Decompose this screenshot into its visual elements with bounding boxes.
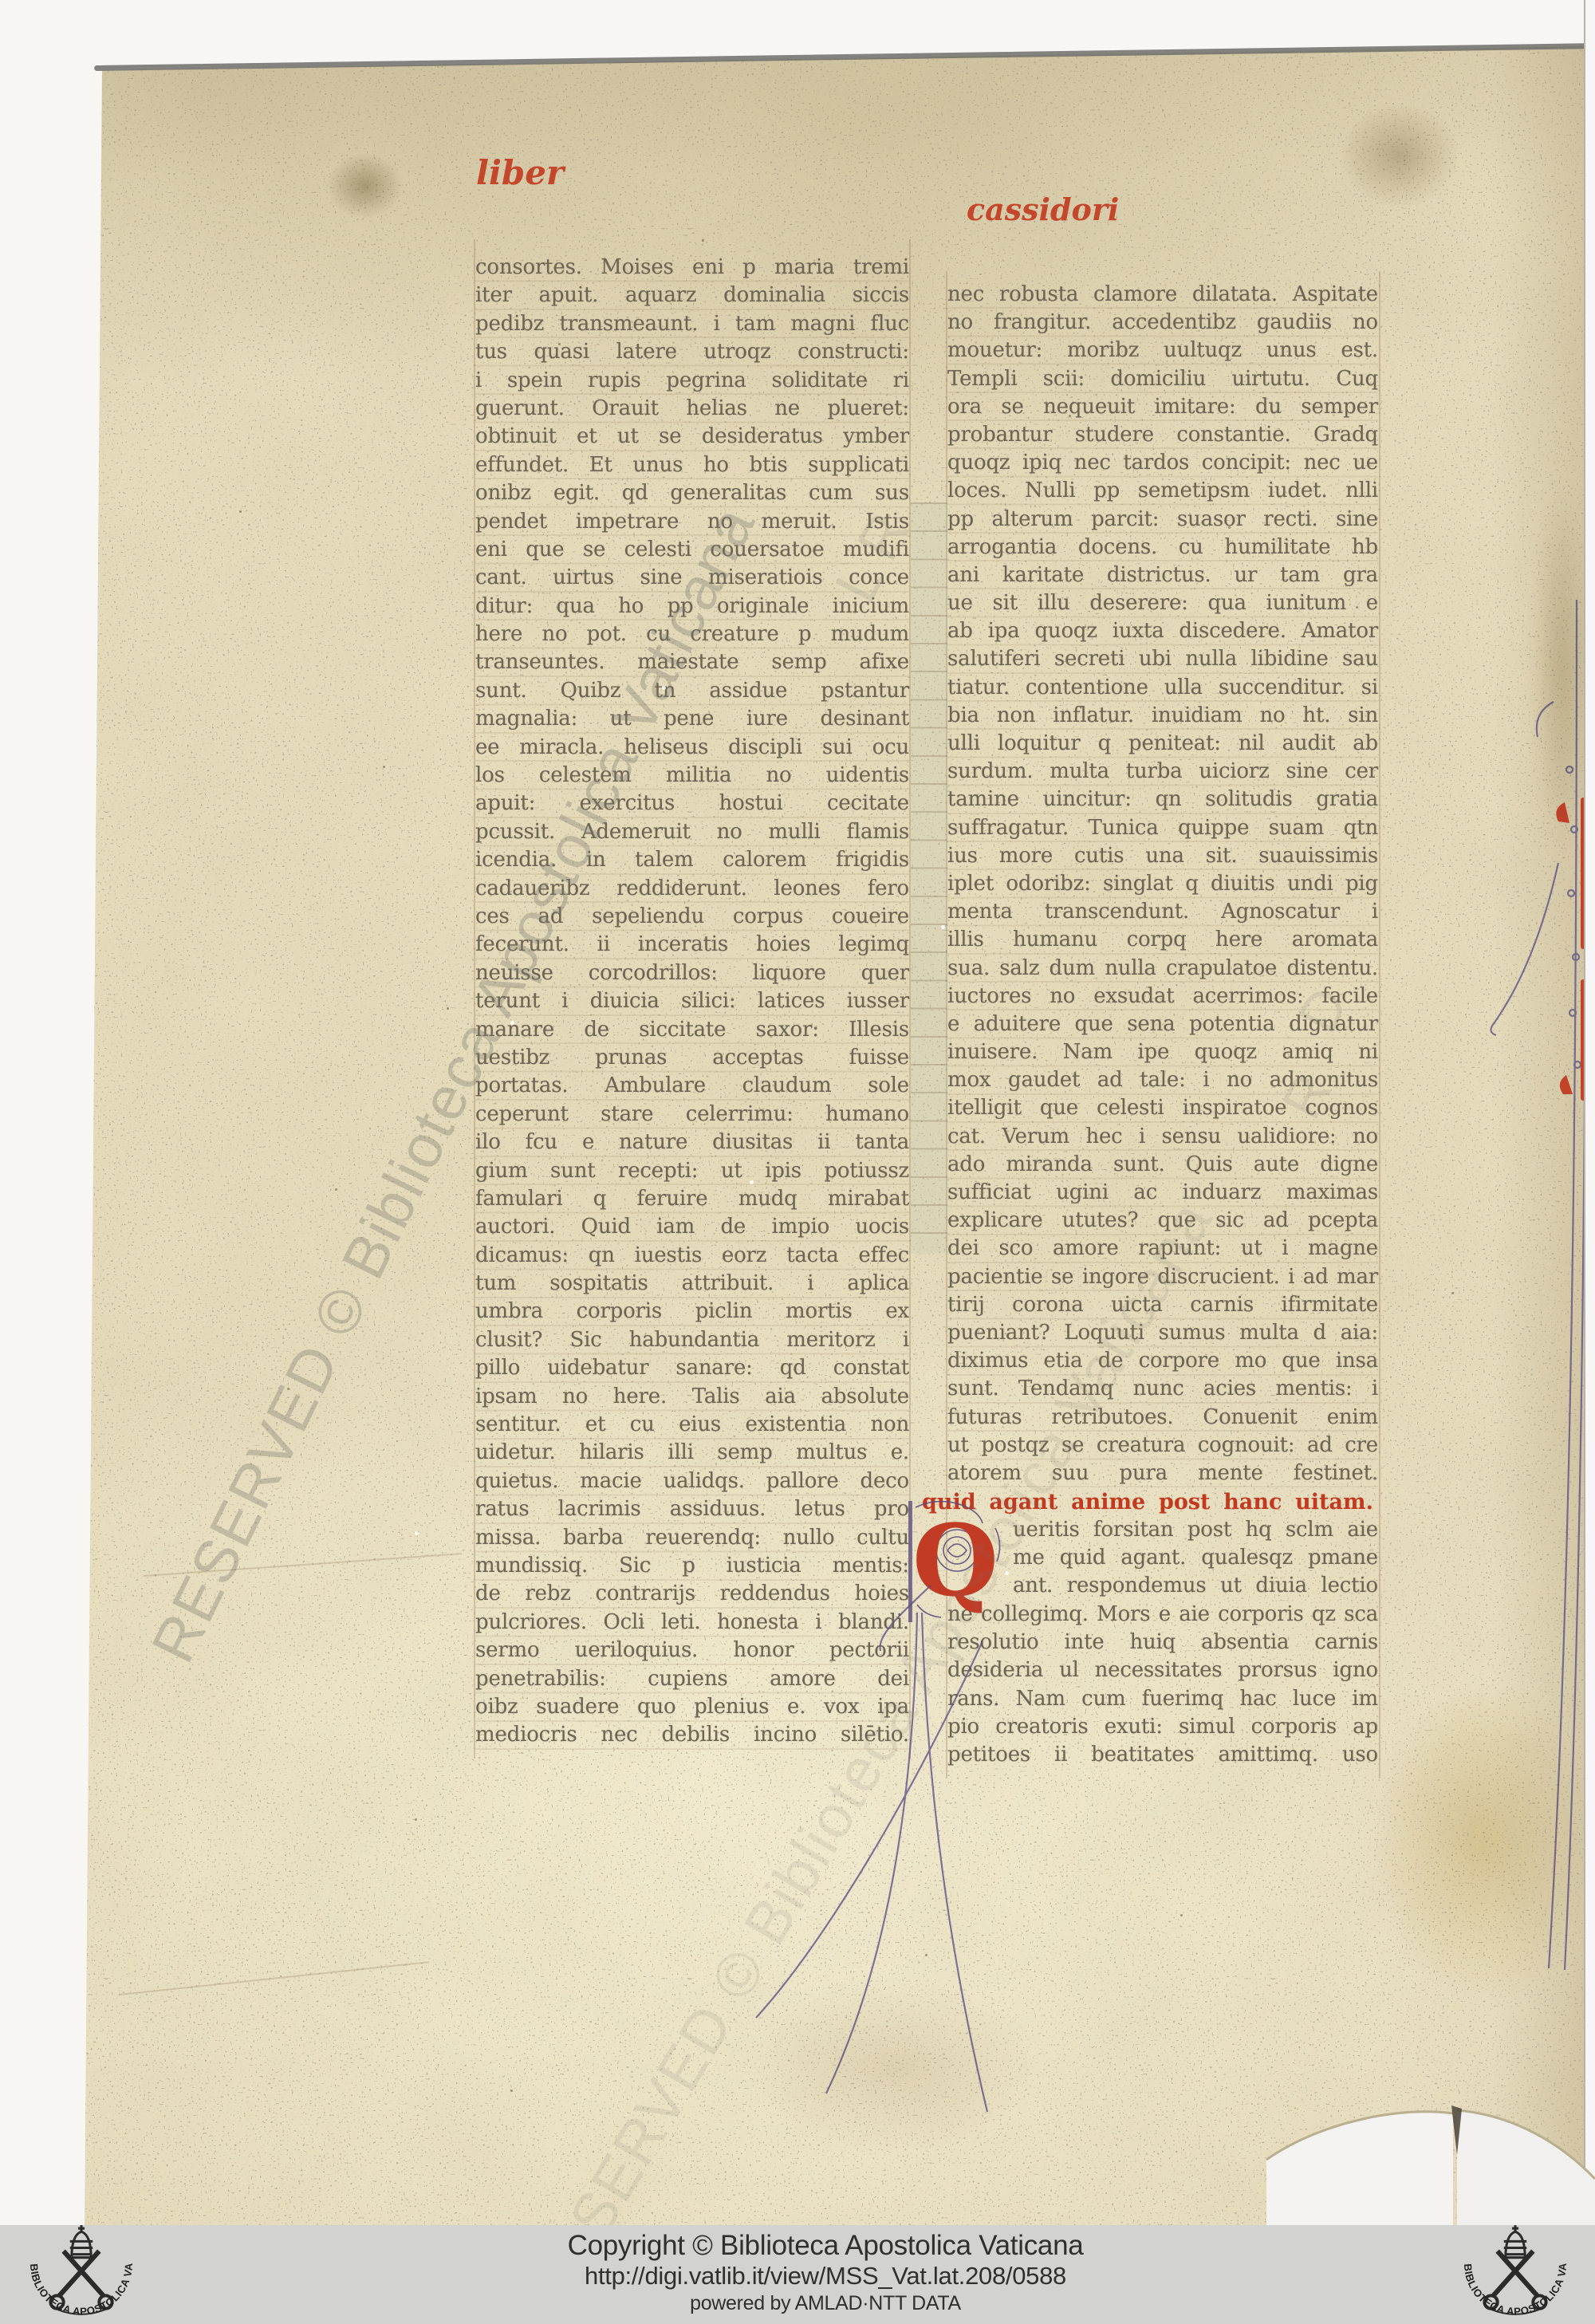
text-line: ant. respondemus ut diuia lectio <box>1013 1572 1378 1600</box>
text-line: tirij corona uicta carnis ifirmitate <box>947 1291 1378 1319</box>
text-line: mundissiq. Sic p iusticia mentis: <box>475 1552 909 1580</box>
manuscript-page: liber cassidori consortes. Moises eni p … <box>0 0 1595 2225</box>
text-line: fecerunt. ii inceratis hoies legimq <box>475 931 909 959</box>
stain <box>750 1978 1037 2153</box>
text-line: missa. barba reuerendq: nullo cultu <box>475 1524 909 1552</box>
text-line: ces ad sepeliendu corpus coueire <box>475 903 909 931</box>
text-column-left: consortes. Moises eni p maria tremiiter … <box>475 254 909 1750</box>
text-line: pulcriores. Ocli leti. honesta i blandi. <box>475 1609 909 1637</box>
text-line: oibz suadere quo plenius e. vox ipa <box>475 1693 909 1721</box>
text-line: pio creatoris exuti: simul corporis ap <box>947 1713 1378 1741</box>
text-line: iplet odoribz: singlat q diuitis undi pi… <box>947 870 1378 898</box>
text-line: famulari q feruire mudq mirabat <box>475 1185 909 1213</box>
text-line: sua. salz dum nulla crapulatoe distentu. <box>947 955 1378 983</box>
vatican-library-logo-right: BIBLIOTECA APOSTOLICA VATICANA <box>1445 2222 1585 2324</box>
text-line: ceperunt stare celerrimu: humano <box>475 1101 909 1129</box>
powered-by-line: powered by AMLAD·NTT DATA <box>690 2292 961 2315</box>
text-line: clusit? Sic habundantia meritorz i <box>475 1326 909 1354</box>
text-line: surdum. multa turba uiciorz sine cer <box>947 758 1378 786</box>
text-line: sunt. Tendamq nunc acies mentis: i <box>947 1375 1378 1403</box>
stain <box>1372 1683 1595 2002</box>
text-line: ut postqz se creatura cognouit: ad cre <box>947 1432 1378 1459</box>
gutter-ruling <box>911 502 947 1254</box>
text-line: tiatur. contentione ulla succenditur. si <box>947 674 1378 702</box>
text-line: nec robusta clamore dilatata. Aspitate <box>947 281 1378 309</box>
svg-text:Q: Q <box>912 1503 998 1619</box>
text-line: ee miracla. heliseus discipli sui ocu <box>475 734 909 762</box>
text-line: ipsam no here. Talis aia absolute <box>475 1383 909 1411</box>
text-line: rans. Nam cum fuerimq hac luce im <box>947 1685 1378 1713</box>
text-line: obtinuit et ut se desideratus ymber <box>475 423 909 451</box>
text-line: los celestem militia no uidentis <box>475 762 909 790</box>
vatican-library-logo-left: BIBLIOTECA APOSTOLICA VATICANA <box>11 2222 152 2324</box>
text-column-right-indented: ueritis forsitan post hq sclm aieme quid… <box>947 1516 1378 1601</box>
text-line: consortes. Moises eni p maria tremi <box>475 254 909 282</box>
text-line: dei sco amore rapiunt: ut i magne <box>947 1235 1378 1262</box>
svg-text:BIBLIOTECA APOSTOLICA VATICANA: BIBLIOTECA APOSTOLICA VATICANA <box>13 2222 135 2318</box>
text-line: terunt i diuicia silici: latices iusser <box>475 987 909 1015</box>
text-line: ditur: qua ho pp originale inicium <box>475 593 909 620</box>
text-line: itelligit que celesti inspiratoe cognos <box>947 1094 1378 1122</box>
text-line: cat. Verum hec i sensu ualidiore: no <box>947 1123 1378 1151</box>
text-line: penetrabilis: cupiens amore dei <box>475 1665 909 1693</box>
running-title-right: cassidori <box>967 191 1119 227</box>
text-line: effundet. Et unus ho btis supplicati <box>475 451 909 479</box>
text-line: cant. uirtus sine miseratiois conce <box>475 564 909 592</box>
text-line: ulli loquitur q peniteat: nil audit ab <box>947 730 1378 758</box>
ink-specks <box>447 1007 449 1010</box>
text-line: bia non inflatur. inuidiam no ht. sin <box>947 702 1378 730</box>
text-line: sunt. Quibz tn assidue pstantur <box>475 677 909 705</box>
text-line: pcussit. Ademeruit no mulli flamis <box>475 818 909 846</box>
stain <box>1533 479 1590 861</box>
text-line: resolutio inte huiq absentia carnis <box>947 1629 1378 1656</box>
text-line: quoqz ipiq nec tardos concipit: nec ue <box>947 449 1378 477</box>
text-column-right-end: ne collegimq. Mors e aie corporis qz sca… <box>947 1601 1378 1769</box>
url-line: http://digi.vatlib.it/view/MSS_Vat.lat.2… <box>585 2262 1066 2291</box>
parchment-crease <box>120 1961 429 1995</box>
copyright-line: Copyright © Biblioteca Apostolica Vatica… <box>568 2230 1084 2262</box>
white-flecks <box>510 1021 514 1025</box>
text-line: petitoes ii beatitates amittimq. uso <box>947 1741 1378 1769</box>
text-line: sermo ueriloquius. honor pectorii <box>475 1637 909 1664</box>
drop-cap-initial: Q <box>906 1501 1010 1622</box>
text-line: sufficiat ugini ac induarz maximas <box>947 1179 1378 1207</box>
running-title-left: liber <box>476 153 564 192</box>
text-column-right: nec robusta clamore dilatata. Aspitateno… <box>947 281 1378 1487</box>
svg-text:BIBLIOTECA APOSTOLICA VATICANA: BIBLIOTECA APOSTOLICA VATICANA <box>1447 2222 1569 2318</box>
text-line: illis humanu corpq here aromata <box>947 926 1378 954</box>
text-line: desideria ul necessitates prorsus igno <box>947 1656 1378 1684</box>
parchment-crease <box>144 1553 462 1577</box>
text-line: pendet impetrare no meruit. Istis <box>475 508 909 536</box>
text-line: mox gaudet ad tale: i no admonitus <box>947 1066 1378 1094</box>
text-line: menta transcendunt. Agnoscatur i <box>947 898 1378 926</box>
text-line: pacientie se ingore discrucient. i ad ma… <box>947 1263 1378 1291</box>
text-line: loces. Nulli pp semetipsm iudet. nlli <box>947 477 1378 505</box>
text-line: gium sunt recepti: ut ipis potiussz <box>475 1157 909 1185</box>
text-line: e aduitere que sena potentia dignatur <box>947 1010 1378 1038</box>
text-line: inuisere. Nam ipe quoqz amiq ni <box>947 1038 1378 1066</box>
text-line: guerunt. Orauit helias ne plueret: <box>475 395 909 423</box>
text-line: ani karitate districtus. ur tam gra <box>947 561 1378 589</box>
text-line: ne collegimq. Mors e aie corporis qz sca <box>947 1601 1378 1629</box>
text-line: uidetur. hilaris illi semp multus e. <box>475 1439 909 1467</box>
footer-bar: BIBLIOTECA APOSTOLICA VATICANA Copyright… <box>0 2225 1595 2324</box>
text-line: tum sospitatis attribuit. i aplica <box>475 1270 909 1298</box>
text-line: no frangitur. accedentibz gaudiis no <box>947 309 1378 337</box>
text-line: quietus. macie ualidqs. pallore deco <box>475 1467 909 1495</box>
text-line: diximus etia de corpore mo que insa <box>947 1347 1378 1375</box>
text-line: here no pot. cu creature p mudum <box>475 620 909 648</box>
text-line: atorem suu pura mente festinet. <box>947 1459 1378 1487</box>
text-line: eni que se celesti couersatoe mudifi <box>475 536 909 564</box>
text-line: arrogantia docens. cu humilitate hb <box>947 534 1378 561</box>
text-line: ora se nequeuit imitare: du semper <box>947 393 1378 421</box>
text-line: pp alterum parcit: suasor recti. sine <box>947 506 1378 534</box>
text-line: suffragatur. Tunica quippe suam qtn <box>947 814 1378 842</box>
text-line: neuisse corcodrillos: liquore quer <box>475 959 909 987</box>
text-line: Templi scii: domiciliu uirtutu. Cuq <box>947 365 1378 393</box>
text-line: pedibz transmeaunt. i tam magni fluc <box>475 310 909 338</box>
text-line: apuit: exercitus hostui cecitate <box>475 790 909 817</box>
text-line: ius more cutis una sit. suauissimis <box>947 842 1378 870</box>
text-line: mediocris nec debilis incino silētio. <box>475 1721 909 1749</box>
text-line: cadaueribz reddiderunt. leones fero <box>475 875 909 903</box>
text-line: tus quasi latere utroqz constructi: <box>475 338 909 366</box>
text-line: umbra corporis piclin mortis ex <box>475 1298 909 1325</box>
text-line: dicamus: qn iuestis eorz tacta effec <box>475 1242 909 1270</box>
scanned-page: liber cassidori consortes. Moises eni p … <box>0 0 1595 2324</box>
text-line: manare de siccitate saxor: Illesis <box>475 1016 909 1044</box>
text-line: sentitur. et cu eius existentia non <box>475 1411 909 1439</box>
next-folio-edge <box>1584 0 1595 2225</box>
text-line: transeuntes. maiestate semp afixe <box>475 648 909 676</box>
text-line: ab ipa quoqz iuxta discedere. Amator <box>947 617 1378 645</box>
text-line: ratus lacrimis assiduus. letus pro <box>475 1495 909 1523</box>
text-line: icendia. in talem calorem frigidis <box>475 846 909 874</box>
text-line: ueritis forsitan post hq sclm aie <box>1013 1516 1378 1544</box>
text-line: salutiferi secreti ubi nulla libidine sa… <box>947 645 1378 673</box>
text-line: iter apuit. aquarz dominalia siccis <box>475 282 909 309</box>
text-line: portatas. Ambulare claudum sole <box>475 1072 909 1100</box>
text-line: uestibz prunas acceptas fuisse <box>475 1044 909 1072</box>
text-line: i spein rupis pegrina soliditate ri <box>475 367 909 395</box>
text-line: futuras retributoes. Conuenit enim <box>947 1404 1378 1432</box>
text-line: ilo fcu e nature diusitas ii tanta <box>475 1129 909 1156</box>
text-line: pueniant? Loquuti sumus multa d aia: <box>947 1319 1378 1347</box>
text-line: tamine uincitur: qn solitudis gratia <box>947 786 1378 813</box>
text-line: explicare ututes? que sic ad pcepta <box>947 1207 1378 1235</box>
text-line: magnalia: ut pene iure desinant <box>475 705 909 733</box>
text-line: onibz egit. qd generalitas cum sus <box>475 479 909 507</box>
text-line: auctori. Quid iam de impio uocis <box>475 1213 909 1241</box>
text-line: iuctores no exsudat acerrimos: facile <box>947 983 1378 1010</box>
text-line: mouetur: moribz uultuqz unus est. <box>947 337 1378 364</box>
text-line: de rebz contrarijs reddendus hoies <box>475 1580 909 1608</box>
text-line: pillo uidebatur sanare: qd constat <box>475 1354 909 1382</box>
text-line: me quid agant. qualesqz pmane <box>1013 1544 1378 1572</box>
text-line: probantur studere constantie. Gradq <box>947 421 1378 449</box>
text-line: ado miranda sunt. Quis aute digne <box>947 1151 1378 1179</box>
text-line: ue sit illu deserere: qua iunitum e <box>947 589 1378 617</box>
stain <box>327 153 403 219</box>
column-rule-right-outer <box>1379 271 1380 1778</box>
stain <box>1340 104 1459 207</box>
